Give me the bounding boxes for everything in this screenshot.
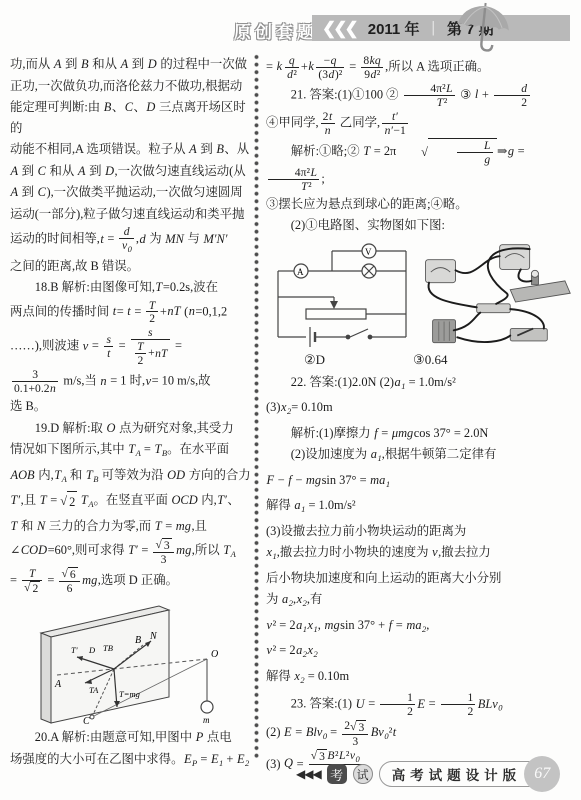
experiment-figures: A V [266,239,572,351]
text-line: 解析:①略;② T = 2π√Lg⇒g = 4π²LT²; [266,138,572,193]
svg-text:B: B [135,635,141,646]
text-line: T′,且 T = √2 TA。在竖直平面 OCD 内,T′、 [10,490,254,515]
column-divider-ornament [253,54,260,760]
svg-text:T′: T′ [71,645,78,655]
apparatus-diagram [422,239,572,351]
text-line: 21. 答案:(1)①100 ② 4π²LT² ③ l + d2 [266,82,572,109]
text-line: 功,而从 A 到 B 和从 A 到 D 的过程中一次做 [10,54,254,75]
svg-text:TB: TB [103,643,113,653]
text-line: ∠COD=60°,则可求得 T′ = √33mg,所以 TA [10,537,254,565]
left-column: 功,而从 A 到 B 和从 A 到 D 的过程中一次做正功,一次做负功,而洛伦兹… [10,54,254,774]
svg-text:D: D [88,645,96,655]
text-line: A 到 C),一次做类平抛运动,一次做匀速圆周 [10,182,254,203]
svg-text:TA: TA [89,685,99,695]
header-banner: ❮❮❮ 2011 年 | 第 7 期 [312,15,570,41]
force-diagram: A B N C O m T′ D TB TA T=mg [19,597,245,725]
svg-text:O: O [211,649,218,660]
left-column-text-bottom: 20.A 解析:由题意可知,甲图中 P 点电场强度的大小可在乙图中求得。EP =… [10,727,254,773]
text-line: v² = 2a1x1, mgsin 37° + f = ma2, [266,615,572,640]
left-column-text: 功,而从 A 到 B 和从 A 到 D 的过程中一次做正功,一次做负功,而洛伦兹… [10,54,254,595]
magazine-page: 原创套题 ❮❮❮ 2011 年 | 第 7 期 功,而从 A 到 B 和从 A … [0,0,581,800]
svg-text:T=mg: T=mg [119,689,140,699]
banner-divider: | [431,19,435,37]
circuit-diagram: A V [266,239,416,351]
page-footer: ◀◀◀ 考 试 高考试题设计版 67 [296,756,560,792]
text-line: v² = 2a2x2 [266,640,572,665]
right-column: = kqd²+k−q(3d)² = 8kq9d²,所以 A 选项正确。21. 答… [266,54,572,782]
footer-arrows-icon: ◀◀◀ [296,767,321,782]
text-line: 情况如下图所示,其中 TA = TB。在水平面 [10,439,254,464]
text-line: ④甲同学,2tn 乙同学,t′n′−1 [266,110,572,137]
text-line: 运动(一部分),粒子做匀速直线运动和类平抛 [10,204,254,225]
right-column-text-top: = kqd²+k−q(3d)² = 8kq9d²,所以 A 选项正确。21. 答… [266,54,572,236]
text-line: 运动的时间相等,t = dv0,d 为 MN 与 M′N′ [10,225,254,255]
text-line: AOB 内,TA 和 TB 可等效为沿 OD 方向的合力 [10,465,254,490]
text-line: 两点间的传播时间 t= t = T2+nT (n=0,1,2 [10,299,254,326]
svg-text:N: N [149,631,158,642]
text-line: (2)设加速度为 a1,根据牛顿第二定律有 [266,444,572,469]
text-line: 场强度的大小可在乙图中求得。EP = E1 + E2 [10,749,254,774]
text-line: 能定理可判断:由 B、C、D 三点离开场区时的 [10,97,254,138]
text-line: (3)设撤去拉力前小物块运动的距离为 [266,521,572,542]
text-line: ③摆长应为悬点到球心的距离;④略。 [266,194,572,215]
text-line: T 和 N 三力的合力为零,而 T = mg,且 [10,516,254,537]
page-title: 原创套题 [234,18,318,43]
text-line: 解得 x2 = 0.10m [266,666,572,691]
text-line: 动能不相同,A 选项错误。粒子从 A 到 B、从 [10,139,254,160]
svg-text:A: A [297,267,304,277]
text-line: F − f − mgsin 37° = ma1 [266,470,572,495]
text-line: 20.A 解析:由题意可知,甲图中 P 点电 [10,727,254,748]
text-line: 选 B。 [10,396,254,417]
text-line: 解得 a1 = 1.0m/s² [266,495,572,520]
experiment-answers: ②D ③0.64 [266,352,572,368]
text-line: 23. 答案:(1) U = 12E = 12BLv0 [266,691,572,718]
svg-text:m: m [203,715,210,725]
umbrella-icon [452,1,516,55]
answer-2d: ②D [304,352,325,368]
chevrons-icon: ❮❮❮ [322,20,356,37]
text-line: ……),则波速 v = st = sT2+nT = [10,326,254,367]
footer-badge-shi: 试 [353,764,373,784]
text-line: = T√2 = √66mg,选项 D 正确。 [10,567,254,595]
text-line: (3)x2= 0.10m [266,397,572,422]
text-line: 解析:(1)摩擦力 f = μmgcos 37° = 2.0N [266,423,572,444]
answer-3-064: ③0.64 [413,352,447,368]
text-line: A 到 C 和从 A 到 D,一次做匀速直线运动(从 [10,161,254,182]
text-line: 之间的距离,故 B 错误。 [10,256,254,277]
right-column-text-bottom: 22. 答案:(1)2.0N (2)a1 = 1.0m/s²(3)x2= 0.1… [266,372,572,781]
footer-badge-kao: 考 [327,764,347,784]
svg-text:A: A [54,679,62,690]
text-line: 22. 答案:(1)2.0N (2)a1 = 1.0m/s² [266,372,572,397]
page-number-badge: 67 [524,756,560,792]
text-line: x1,撤去拉力时小物块的速度为 v,撤去拉力 [266,542,572,567]
text-line: (2)①电路图、实物图如下图: [266,215,572,236]
banner-year: 2011 年 [368,18,420,39]
text-line: 后小物块加速度和向上运动的距离大小分别 [266,568,572,589]
text-line: 正功,一次做负功,而洛伦兹力不做功,根据动 [10,76,254,97]
text-line: 18.B 解析:由图像可知,T=0.2s,波在 [10,277,254,298]
svg-text:V: V [365,247,372,257]
svg-text:C: C [83,716,90,725]
text-line: = kqd²+k−q(3d)² = 8kq9d²,所以 A 选项正确。 [266,54,572,81]
text-line: 为 a2,x2,有 [266,589,572,614]
text-line: 30.1+0.2n m/s,当 n = 1 时,v= 10 m/s,故 [10,368,254,395]
text-line: 19.D 解析:取 O 点为研究对象,其受力 [10,418,254,439]
text-line: (2) E = Blv0 = 2√33Bv0²t [266,719,572,747]
